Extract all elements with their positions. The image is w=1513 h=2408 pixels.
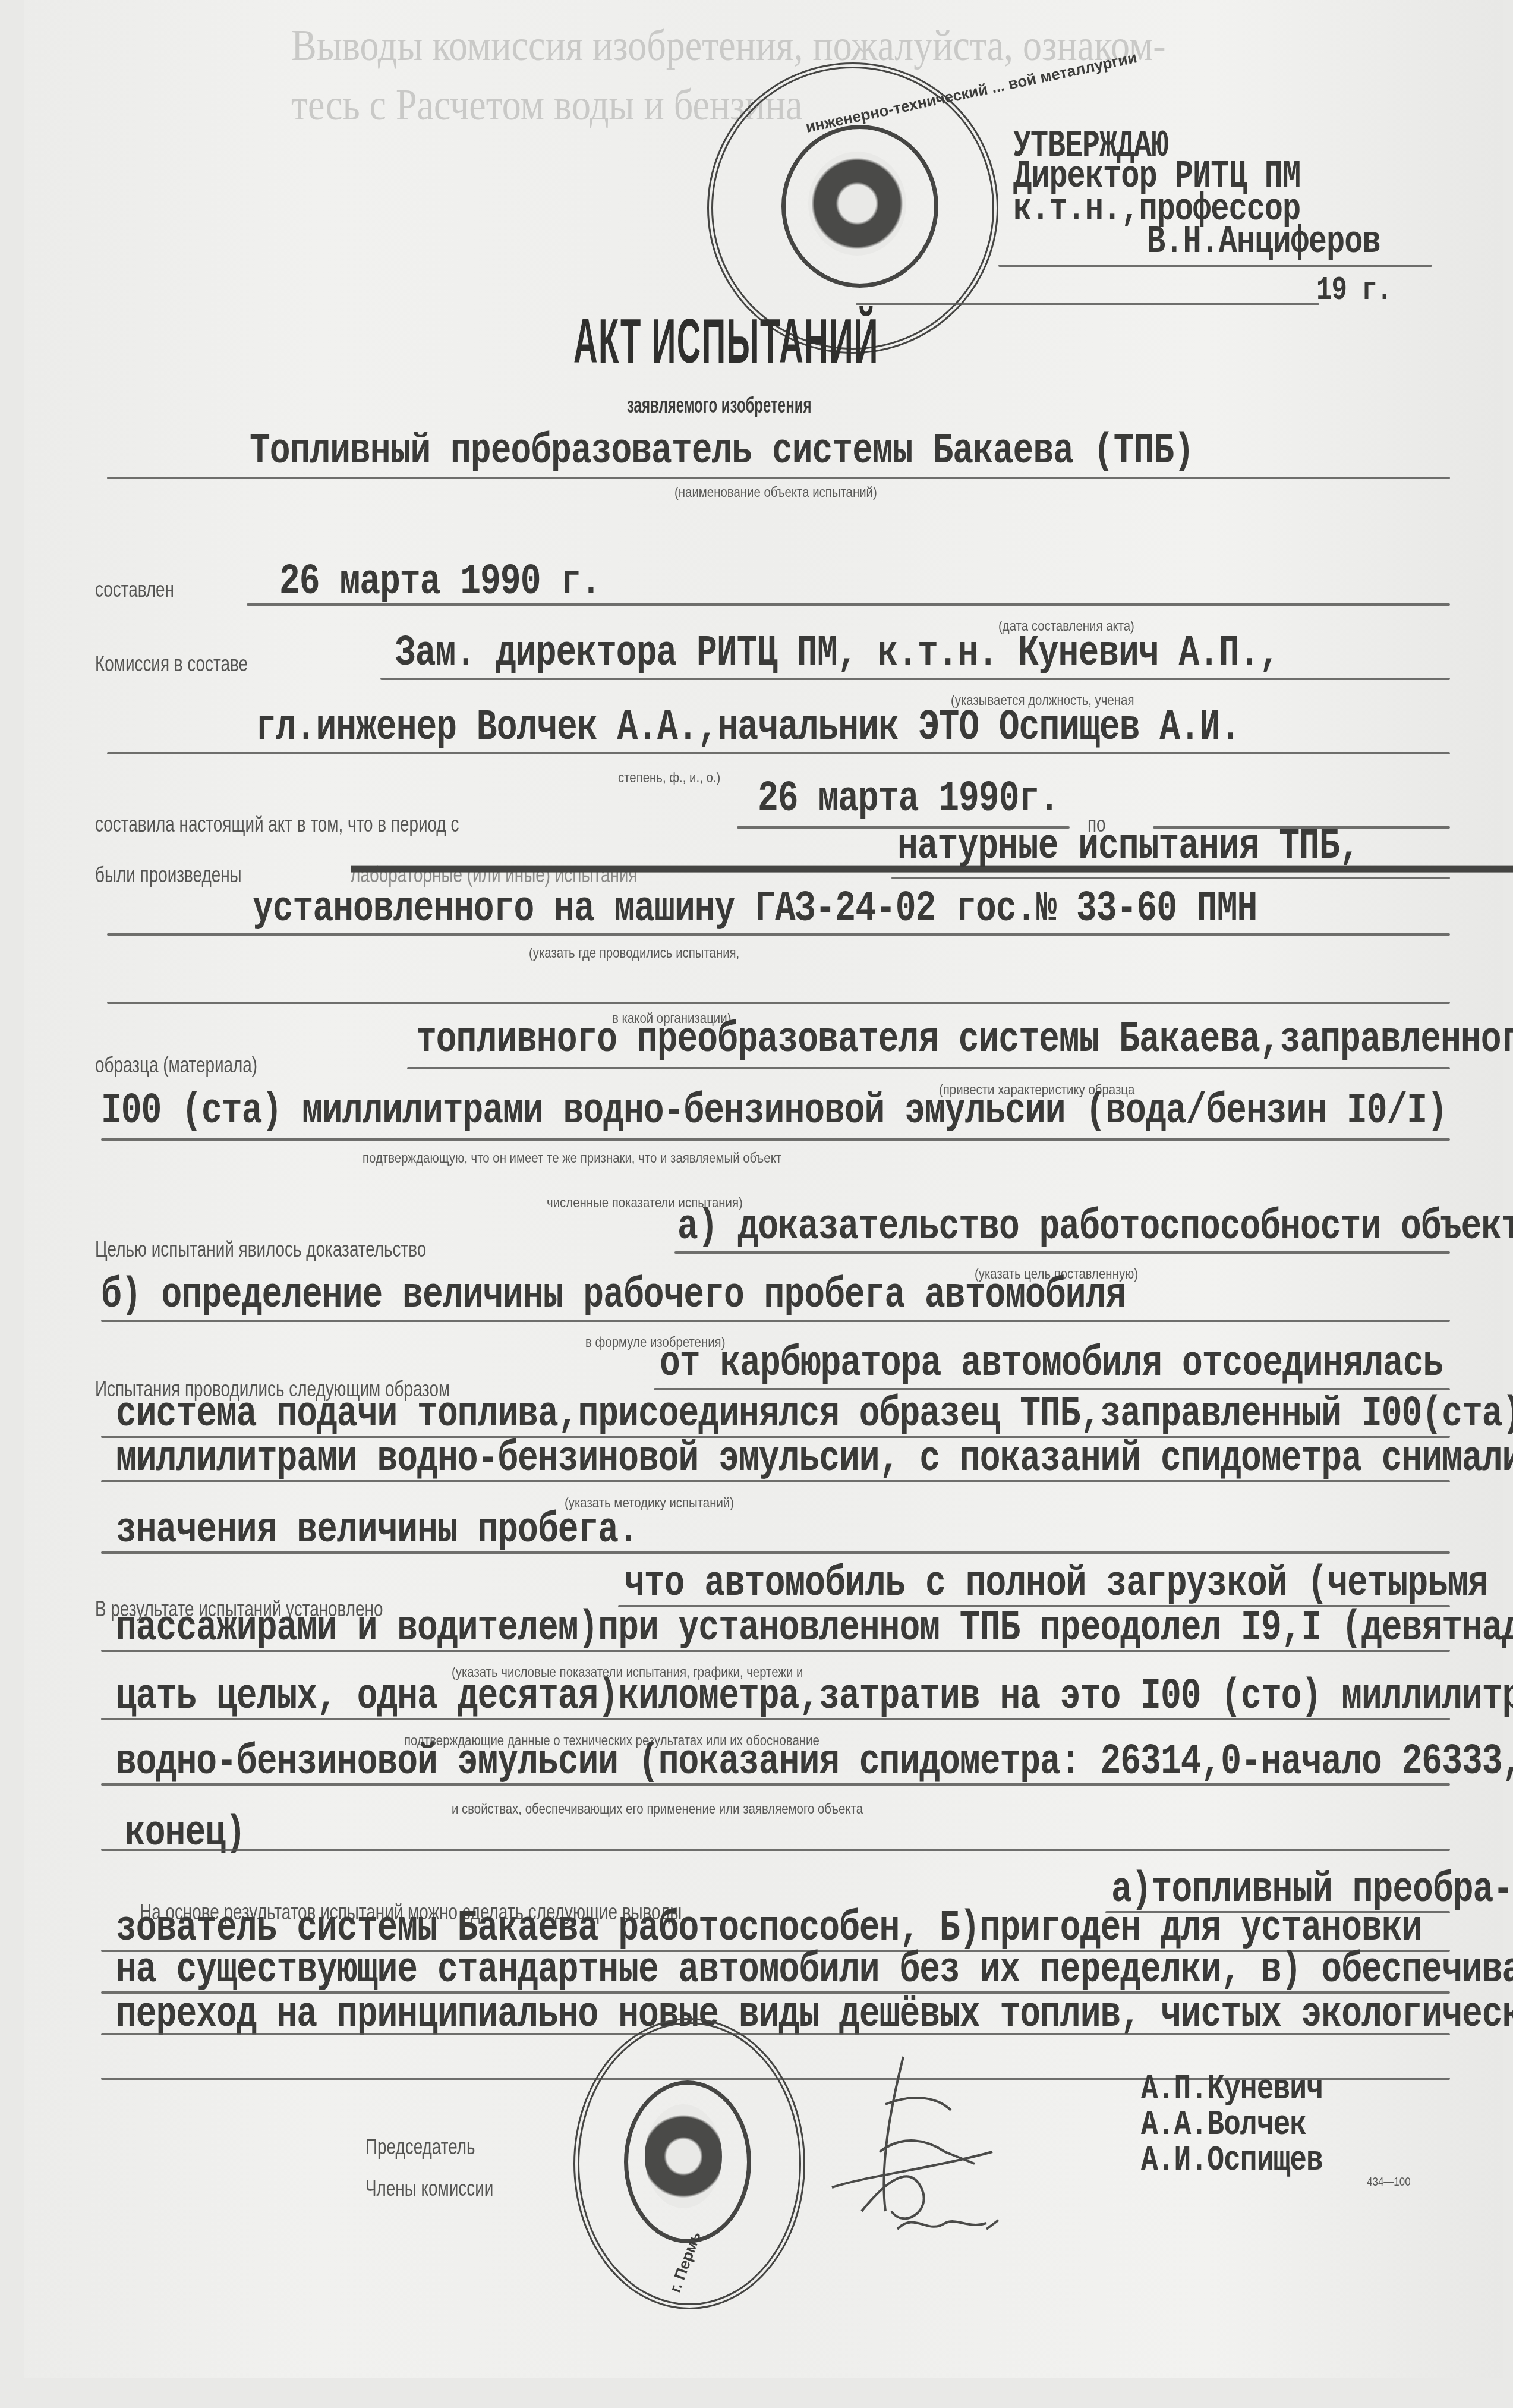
object-name-hint: (наименование объекта испытаний) — [674, 484, 877, 501]
composed-date: 26 марта 1990 г. — [279, 558, 601, 606]
commission-line-1: Зам. директора РИТЦ ПМ, к.т.н. Куневич А… — [395, 629, 1279, 678]
result-line-3: цать целых, одна десятая)километра,затра… — [116, 1673, 1513, 1721]
conclusion-line-4: переход на принципиально новые виды дешё… — [116, 1991, 1513, 2039]
method-line-4: значения величины пробега. — [116, 1506, 638, 1554]
result-hint-3: и свойствах, обеспечивающих его применен… — [452, 1801, 863, 1818]
members-label: Члены комиссии — [365, 2176, 493, 2202]
chairman-label: Председатель — [365, 2135, 475, 2160]
result-line-2: пассажирами и водителем)при установленно… — [116, 1604, 1513, 1652]
signature-name-1: А.П.Куневич — [1141, 2070, 1323, 2110]
signature-name-2: А.А.Волчек — [1141, 2105, 1306, 2146]
page-subtitle: заявляемого изобретения — [627, 394, 811, 418]
method-line-1: от карбюратора автомобиля отсоединялась — [660, 1340, 1443, 1388]
commission-label: Комиссия в составе — [95, 651, 248, 677]
sample-label: образца (материала) — [95, 1053, 257, 1078]
result-line-1: что автомобиль с полной загрузкой (четыр… — [624, 1560, 1488, 1608]
method-line-3: миллилитрами водно-бензиновой эмульсии, … — [116, 1435, 1513, 1483]
purpose-line-2: б) определение величины рабочего пробега… — [101, 1271, 1126, 1320]
commission-hint-2: степень, ф., и., о.) — [618, 770, 720, 786]
location-hint: (указать где проводились испытания, — [529, 945, 739, 962]
purpose-label: Целью испытаний явилось доказательство — [95, 1237, 426, 1263]
page-title: АКТ ИСПЫТАНИЙ — [573, 305, 879, 378]
commission-line-2: гл.инженер Волчек А.А.,начальник ЭТО Осп… — [256, 704, 1240, 752]
performed-label: были произведены — [95, 863, 242, 888]
document-page: Выводы комиссия изобретения, пожалуйста,… — [24, 0, 1503, 2378]
period-label: составила настоящий акт в том, что в пер… — [95, 812, 459, 838]
location-value: установленного на машину ГАЗ-24-02 гос.№… — [253, 885, 1257, 933]
period-from-date: 26 марта 1990г. — [758, 775, 1059, 823]
form-code: 434—100 — [1367, 2176, 1411, 2189]
method-line-2: система подачи топлива,присоединялся обр… — [116, 1390, 1513, 1438]
approval-year: 19 г. — [1316, 272, 1392, 310]
composed-label: составлен — [95, 577, 174, 603]
handwritten-signatures — [796, 2033, 1105, 2271]
bleed-through-line-2: тесь с Расчетом воды и бензина — [291, 80, 802, 130]
result-line-4: водно-бензиновой эмульсии (показания спи… — [116, 1738, 1513, 1786]
bleed-through-line-1: Выводы комиссия изобретения, пожалуйста,… — [291, 20, 1165, 71]
signature-name-3: А.И.Оспищев — [1141, 2141, 1323, 2182]
purpose-line-1: а) доказательство работоспособности объе… — [677, 1203, 1513, 1251]
sample-line-2: I00 (ста) миллилитрами водно-бензиновой … — [101, 1087, 1447, 1135]
sample-hint-2: подтверждающую, что он имеет те же призн… — [363, 1150, 781, 1167]
approval-signatory: В.Н.Анциферов — [1147, 220, 1380, 264]
conclusion-line-3: на существующие стандартные автомобили б… — [116, 1946, 1513, 1994]
sample-line-1: топливного преобразователя системы Бакае… — [416, 1016, 1513, 1064]
object-name: Топливный преобразователь системы Бакаев… — [250, 427, 1194, 476]
performed-value: натурные испытания ТПБ, — [897, 823, 1360, 871]
